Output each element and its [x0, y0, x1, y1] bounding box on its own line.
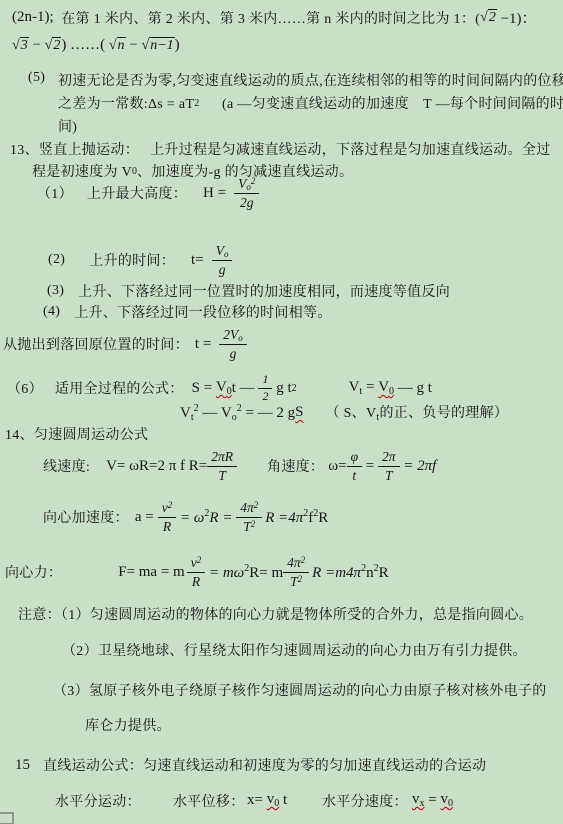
- radicand: n: [117, 37, 126, 53]
- fraction-denominator: T2: [290, 573, 302, 590]
- formula-text: (2n-1);: [12, 9, 54, 26]
- fraction-numerator: v2: [158, 500, 177, 518]
- body-text: 之差为一常数:Δs = aT: [58, 93, 194, 113]
- spellcheck-underlined: vx: [412, 791, 425, 809]
- superscript: 2: [292, 383, 297, 394]
- superscript: 2: [298, 574, 303, 584]
- formula-text: −: [29, 37, 45, 54]
- fraction-numerator: Vo: [212, 243, 233, 261]
- fraction-numerator: 2Vo: [219, 327, 247, 345]
- radicand: 3: [20, 37, 29, 53]
- fraction: 2πR T: [207, 449, 237, 483]
- radicand: 2: [488, 9, 497, 25]
- superscript: 2: [197, 555, 202, 565]
- fraction: 1 2: [258, 373, 272, 404]
- formula-lhs: H =: [203, 185, 226, 202]
- math-var: V: [216, 379, 227, 395]
- fraction-denominator: t: [352, 467, 356, 484]
- radicand: n−1: [149, 37, 174, 53]
- math-var: R= m: [249, 565, 283, 581]
- note-3-line-2: 库仑力提供。: [85, 715, 171, 735]
- sqrt-expression: √n−1: [142, 38, 175, 54]
- formula-text: = 2πf: [400, 458, 437, 475]
- sqrt-expression: √2: [45, 38, 62, 54]
- spellcheck-underlined: S: [295, 404, 303, 421]
- fraction: 4π2 T2: [236, 500, 262, 534]
- math-var: R: [379, 565, 389, 581]
- formula-text: ω=: [328, 458, 346, 475]
- page-corner-marker: [0, 812, 14, 824]
- formula-text: =: [425, 792, 441, 809]
- label-horizontal-displacement: 水平位移：: [173, 791, 245, 811]
- label-horizontal-velocity: 水平分速度：: [322, 791, 408, 811]
- sqrt-expression: √2: [480, 10, 497, 26]
- fraction-denominator: T: [218, 467, 226, 484]
- superscript: 2: [254, 500, 259, 510]
- spellcheck-underlined: V0: [216, 379, 232, 397]
- fraction-denominator: R: [163, 518, 171, 535]
- fraction-numerator: 4π2: [236, 500, 262, 518]
- superscript: 2: [168, 500, 173, 510]
- body-text: (a —匀变速直线运动的加速度 T —每个时间间隔的时: [199, 93, 563, 113]
- item-marker: (3): [47, 283, 64, 299]
- formula-lhs: t=: [191, 252, 204, 269]
- sqrt-expression: √n: [109, 38, 126, 54]
- note-2: （2）卫星绕地球、行星绕太阳作匀速圆周运动的向心力由万有引力提供。: [62, 640, 527, 660]
- fraction-denominator: R: [192, 573, 200, 590]
- formula-text: Vt2 — Vo2 = — 2 g: [180, 403, 295, 423]
- math-var: V: [216, 243, 224, 258]
- body-text: 初速无论是否为零,匀变速直线运动的质点,在连续相邻的相等的时间间隔内的位移: [58, 70, 563, 90]
- spellcheck-underlined: v0: [267, 791, 280, 809]
- formula-rise-time: (2) 上升的时间： t= Vo g: [48, 237, 232, 283]
- formula-text: ) ……(: [61, 37, 109, 54]
- spellcheck-underlined: V0: [378, 379, 394, 397]
- fraction: 2Vo g: [219, 327, 247, 362]
- formula-text: g t: [272, 380, 291, 397]
- fraction: 2π T: [378, 449, 400, 483]
- math-var: R =4π: [265, 510, 303, 526]
- formula-label: 从抛出到落回原位置的时间：: [3, 334, 189, 354]
- math-var: V: [378, 379, 389, 395]
- formula-text: t: [279, 792, 287, 809]
- math-var: 4π: [287, 555, 301, 570]
- math-var: T: [290, 574, 298, 589]
- fraction: Vo g: [212, 243, 233, 278]
- fraction-numerator: v2: [187, 555, 206, 573]
- item-marker: （6）: [7, 378, 43, 398]
- formula-text: S =: [192, 380, 216, 397]
- radical-icon: √: [12, 38, 20, 53]
- math-var: R =: [209, 510, 236, 526]
- fraction-denominator: g: [230, 345, 237, 362]
- fraction: v2 R: [187, 555, 206, 589]
- note-1: 注意：（1）匀速圆周运动的物体的向心力就是物体所受的合外力，总是指向圆心。: [18, 604, 533, 624]
- formula-return-time: 从抛出到落回原位置的时间： t = 2Vo g: [3, 321, 247, 367]
- subscript: o: [238, 333, 243, 343]
- formula-text: =: [362, 458, 378, 475]
- fraction: v2 R: [158, 500, 177, 534]
- fraction: φ t: [347, 449, 362, 483]
- item-marker: (2): [48, 252, 65, 268]
- fraction-numerator: 2πR: [207, 449, 237, 467]
- item-marker: （1）: [37, 183, 73, 203]
- subscript: 0: [448, 798, 453, 809]
- formula-text: R =4π2f2R: [265, 508, 328, 527]
- fraction-numerator: φ: [347, 449, 362, 467]
- formula-centripetal-acceleration: 向心加速度： a = v2 R = ω2R = 4π2 T2 R =4π2f2R: [43, 493, 328, 541]
- formula-lhs: F= ma = m: [118, 564, 185, 581]
- body-text: 间): [58, 116, 77, 136]
- body-text-line: 之差为一常数:Δs = aT2 (a —匀变速直线运动的加速度 T —每个时间间…: [58, 93, 563, 113]
- fraction-numerator: 2π: [378, 449, 400, 467]
- fraction-denominator: T2: [243, 518, 255, 535]
- math-var: n: [366, 565, 374, 581]
- radical-icon: √: [480, 10, 488, 25]
- body-text: 上升、下落经过同一段位移的时间相等。: [74, 302, 331, 322]
- body-text: 在第 1 米内、第 2 米内、第 3 米内……第 n 米内的时间之比为 1：(: [54, 8, 480, 28]
- ratio-line-1: (2n-1); 在第 1 米内、第 2 米内、第 3 米内……第 n 米内的时间…: [12, 7, 537, 28]
- formula-text: R =m4π2n2R: [312, 563, 388, 582]
- formula-label: 适用全过程的公式：: [55, 378, 184, 398]
- superscript: 2: [301, 555, 306, 565]
- item-marker: (4): [43, 304, 60, 320]
- formula-label: 向心力：: [5, 562, 62, 582]
- formula-text: Vt =: [349, 379, 379, 397]
- formula-lhs: a =: [135, 509, 154, 526]
- formula-note: （ S、Vt的正、负号的理解）: [326, 402, 509, 423]
- formula-centripetal-force: 向心力： F= ma = m v2 R = mω2R= m 4π2 T2 R =…: [5, 548, 389, 596]
- formula-label: 线速度:: [43, 456, 90, 476]
- math-var: v: [412, 791, 420, 807]
- fraction-numerator: 1: [258, 373, 272, 389]
- formula-horizontal-velocity: vx = v0: [412, 791, 453, 809]
- note-text: （ S、V: [326, 406, 377, 421]
- formula-text: ): [175, 37, 180, 54]
- formula-label: 角速度：: [267, 456, 324, 476]
- section-title: 直线运动公式：匀速直线运动和初速度为零的匀加速直线运动的合运动: [43, 755, 486, 775]
- formula-whole-process-2: Vt2 — Vo2 = — 2 gS （ S、Vt的正、负号的理解）: [180, 402, 508, 423]
- math-var: = ω: [176, 510, 204, 526]
- section-number: 15: [15, 757, 30, 774]
- fraction: Vo2 2g: [234, 176, 259, 211]
- note-text: 的正、负号的理解）: [380, 406, 509, 421]
- formula-text: =: [362, 379, 378, 395]
- fraction-numerator: Vo2: [234, 176, 259, 194]
- formula-text: −: [126, 37, 142, 54]
- fraction: 4π2 T2: [283, 555, 309, 589]
- formula-text: = ω2R =: [176, 508, 236, 527]
- math-var: T: [243, 519, 251, 534]
- formula-text: = — 2 g: [242, 405, 295, 421]
- item-marker: (5): [28, 70, 45, 86]
- item-4: (4) 上升、下落经过同一段位移的时间相等。: [43, 302, 332, 322]
- math-var: 2V: [223, 327, 238, 342]
- fraction-denominator: g: [219, 261, 226, 278]
- math-var: V: [180, 405, 191, 421]
- section-13-heading: 13、竖直上抛运动： 上升过程是匀减速直线运动，下落过程是匀加速直线运动。全过: [10, 139, 551, 159]
- sqrt-expression: √3: [12, 38, 29, 54]
- formula-text: −1)：: [497, 7, 537, 28]
- fraction-denominator: T: [385, 467, 393, 484]
- spellcheck-underlined: v0: [440, 791, 453, 809]
- formula-text: — g t: [394, 380, 432, 397]
- formula-text: x=: [247, 792, 267, 809]
- formula-text: — V: [199, 405, 232, 421]
- formula-label: 向心加速度：: [43, 507, 129, 527]
- ratio-line-2: √3 − √2) ……( √n − √n−1): [12, 37, 180, 54]
- physics-notes-page: (2n-1); 在第 1 米内、第 2 米内、第 3 米内……第 n 米内的时间…: [0, 0, 563, 824]
- math-var: R: [318, 510, 328, 526]
- radical-icon: √: [109, 38, 117, 53]
- math-var: v: [440, 791, 448, 807]
- formula-horizontal-displacement: x= v0 t: [247, 791, 287, 809]
- math-var: 4π: [240, 500, 254, 515]
- subscript: o: [224, 249, 229, 259]
- formula-label: 上升的时间：: [89, 250, 175, 270]
- fraction-denominator: 2g: [240, 194, 254, 211]
- formula-linear-angular-speed: 线速度: V= ωR=2 π f R= 2πR T 角速度： ω= φ t = …: [43, 442, 436, 490]
- label-horizontal-motion: 水平分运动：: [55, 791, 141, 811]
- superscript: 2: [251, 519, 256, 529]
- radicand: 2: [52, 37, 61, 53]
- item-3: (3) 上升、下落经过同一位置时的加速度相同，而速度等值反向: [47, 281, 450, 301]
- formula-max-height: （1） 上升最大高度： H = Vo2 2g: [37, 170, 259, 216]
- math-var: = mω: [205, 565, 244, 581]
- note-3-line-1: （3）氢原子核外电子绕原子核作匀速圆周运动的向心力由原子核对核外电子的: [53, 680, 547, 700]
- section-15-heading: 15 直线运动公式：匀速直线运动和初速度为零的匀加速直线运动的合运动: [15, 755, 486, 775]
- formula-text: t —: [232, 380, 259, 397]
- formula-label: 上升最大高度：: [87, 183, 187, 203]
- math-var: V: [349, 379, 360, 395]
- math-var: R =m4π: [312, 565, 361, 581]
- formula-text: V= ωR=2 π f R=: [106, 458, 207, 475]
- superscript: 2: [251, 176, 256, 186]
- formula-text: = mω2R= m: [205, 563, 283, 582]
- body-text: 上升、下落经过同一位置时的加速度相同，而速度等值反向: [78, 281, 450, 301]
- formula-lhs: t =: [195, 336, 211, 353]
- section-14-heading: 14、匀速圆周运动公式: [5, 424, 148, 444]
- fraction-numerator: 4π2: [283, 555, 309, 573]
